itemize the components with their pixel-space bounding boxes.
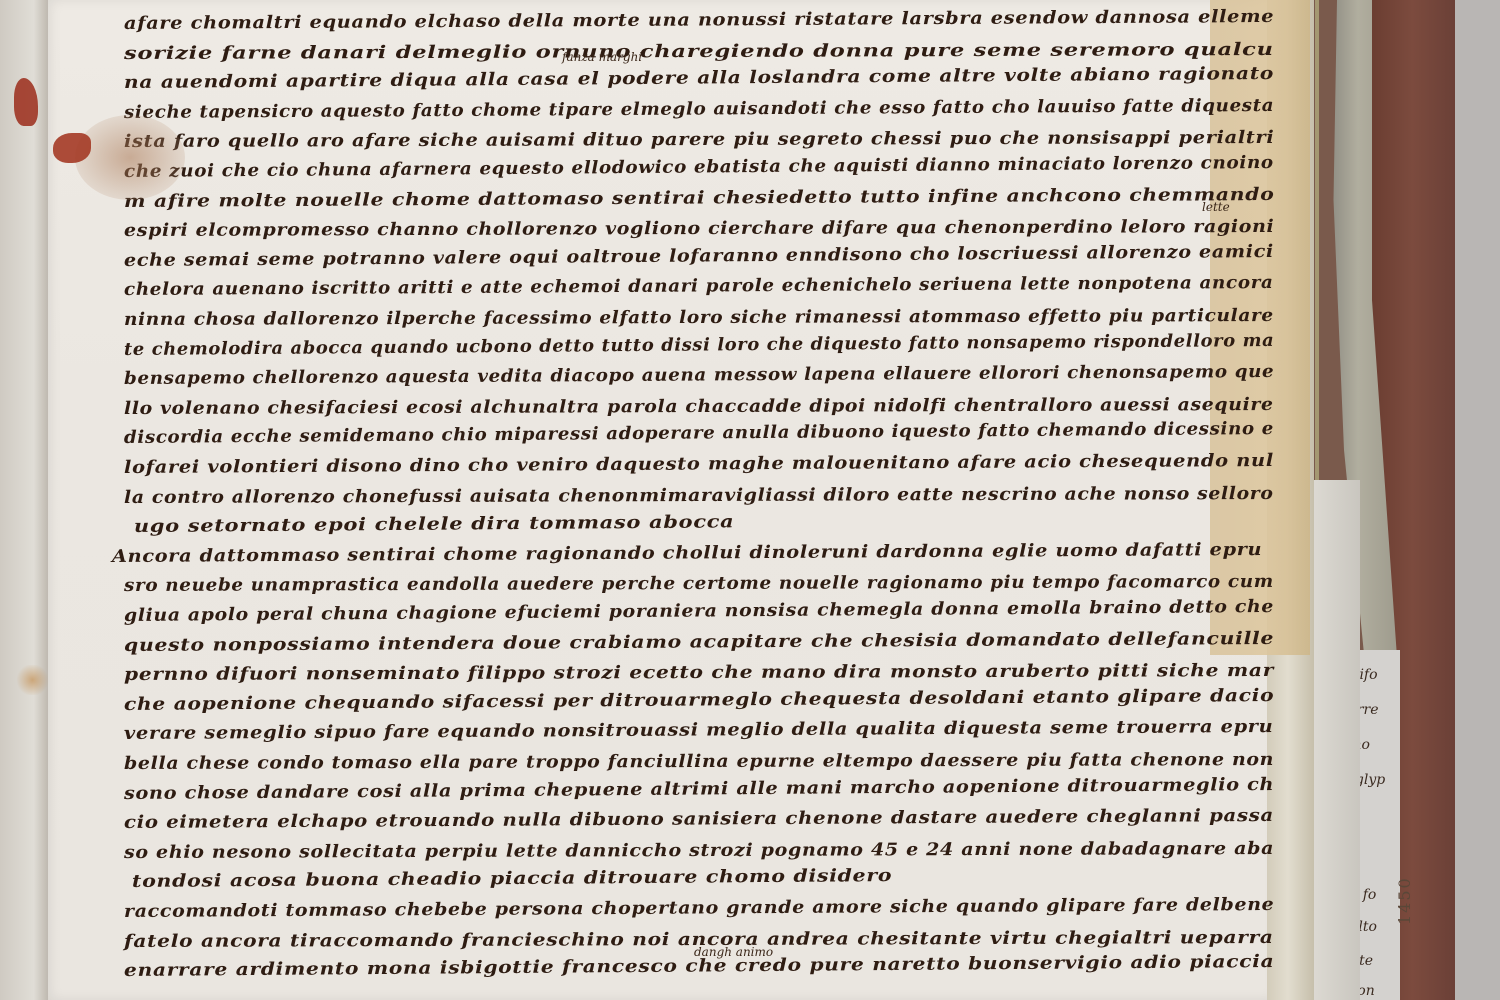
interlinear-note: fanza marghi bbox=[562, 50, 642, 64]
text-line: ninna chosa dallorenzo ilperche facessim… bbox=[124, 306, 1274, 330]
text-line: bensapemo chellorenzo aquesta vedita dia… bbox=[124, 362, 1274, 389]
letter-page: afare chomaltri equando elchaso della mo… bbox=[42, 0, 1267, 1000]
text-line: cio eimetera elchapo etrouando nulla dib… bbox=[124, 806, 1274, 833]
background-wall bbox=[1450, 0, 1500, 1000]
text-line: sro neuebe unamprastica eandolla auedere… bbox=[124, 572, 1274, 596]
wax-seal-fragment bbox=[53, 133, 91, 163]
text-line: tondosi acosa buona cheadio piaccia ditr… bbox=[132, 866, 892, 892]
text-line: so ehio nesono sollecitata perpiu lette … bbox=[124, 839, 1274, 863]
interlinear-note: dangh animo bbox=[694, 945, 773, 959]
manuscript-photo: glifo strre ono o glyp e fo alto orte mo… bbox=[0, 0, 1500, 1000]
text-line: sieche tapensicro aquesto fatto chome ti… bbox=[124, 96, 1274, 123]
text-line: bella chese condo tomaso ella pare tropp… bbox=[124, 750, 1274, 774]
text-line: espiri elcompromesso channo chollorenzo … bbox=[124, 217, 1274, 241]
text-line: che zuoi che cio chuna afarnera equesto … bbox=[124, 153, 1274, 182]
text-line: na auendomi apartire diqua alla casa el … bbox=[124, 64, 1274, 93]
stain bbox=[15, 665, 50, 695]
text-line: llo volenano chesifaciesi ecosi alchunal… bbox=[124, 395, 1274, 419]
text-line: eche semai seme potranno valere oqui oal… bbox=[124, 242, 1274, 271]
text-line: ugo setornato epoi chelele dira tommaso … bbox=[134, 512, 735, 537]
text-line: questo nonpossiamo intendera doue crabia… bbox=[124, 629, 1274, 656]
folio-number: 1450 bbox=[1395, 876, 1414, 925]
text-line: verare semeglio sipuo fare equando nonsi… bbox=[124, 717, 1274, 744]
text-line: afare chomaltri equando elchaso della mo… bbox=[124, 7, 1274, 34]
text-line: raccomandoti tommaso chebebe persona cho… bbox=[124, 895, 1275, 922]
text-line: lofarei volontieri disono dino cho venir… bbox=[124, 451, 1274, 478]
verso-page-edge bbox=[0, 0, 48, 1000]
text-line: pernno difuori nonseminato filippo stroz… bbox=[124, 661, 1274, 685]
interlinear-note: lette bbox=[1202, 200, 1230, 214]
text-line: discordia ecche semidemano chio miparess… bbox=[124, 419, 1274, 448]
stain bbox=[75, 115, 185, 200]
text-line: m afire molte nouelle chome dattomaso se… bbox=[124, 185, 1275, 212]
text-line: chelora auenano iscritto aritti e atte e… bbox=[124, 273, 1274, 300]
text-line: sorizie farne danari delmeglio ornuno ch… bbox=[124, 40, 1274, 64]
text-line: la contro allorenzo chonefussi auisata c… bbox=[124, 484, 1274, 508]
text-line: sono chose dandare cosi alla prima chepu… bbox=[124, 775, 1274, 804]
text-line: Ancora dattommaso sentirai chome ragiona… bbox=[112, 540, 1262, 567]
text-line: ista faro quello aro afare siche auisami… bbox=[124, 128, 1274, 152]
text-line: che aopenione chequando sifacessi per di… bbox=[124, 686, 1274, 715]
text-line: te chemolodira abocca quando ucbono dett… bbox=[124, 331, 1274, 360]
text-line: gliua apolo peral chuna chagione efuciem… bbox=[124, 597, 1274, 626]
